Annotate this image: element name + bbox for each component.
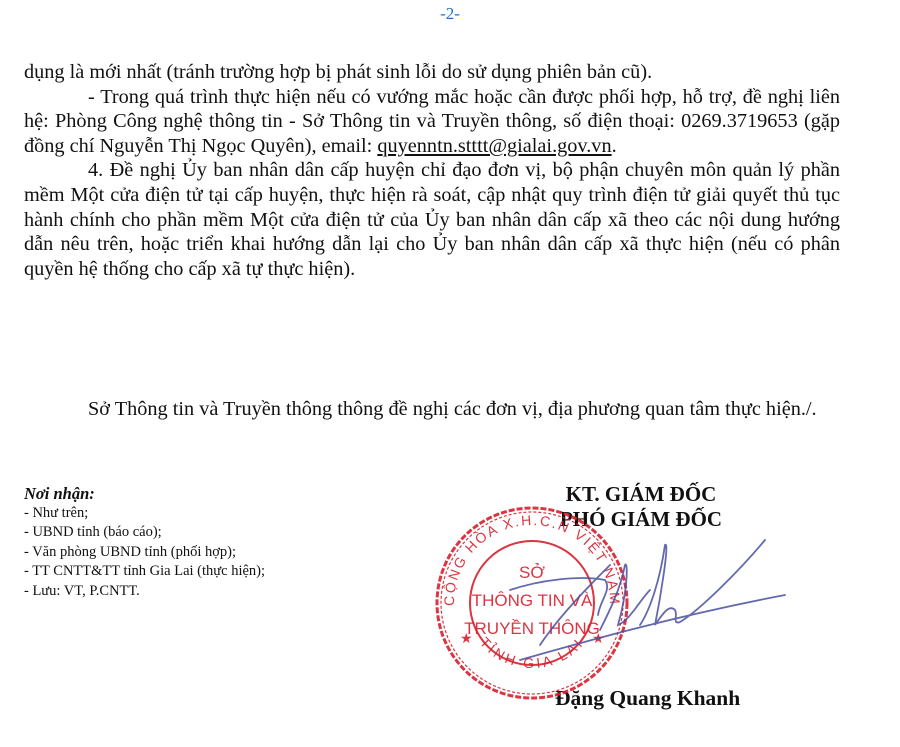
closing-paragraph: Sở Thông tin và Truyền thông thông đề ng… — [24, 397, 840, 422]
email-link[interactable]: quyenntn.stttt@gialai.gov.vn — [377, 135, 611, 157]
recipient-item: - UBND tỉnh (báo cáo); — [24, 523, 265, 542]
handwritten-signature-icon — [500, 520, 790, 670]
recipient-item: - TT CNTT&TT tỉnh Gia Lai (thực hiện); — [24, 562, 265, 581]
recipients-block: Nơi nhận: - Như trên; - UBND tỉnh (báo c… — [24, 484, 265, 601]
body-text: dụng là mới nhất (tránh trường hợp bị ph… — [24, 60, 840, 281]
recipient-item: - Như trên; — [24, 504, 265, 523]
recipient-item: - Văn phòng UBND tỉnh (phối hợp); — [24, 543, 265, 562]
paragraph-item-4: 4. Đề nghị Ủy ban nhân dân cấp huyện chỉ… — [24, 158, 840, 281]
closing-text: Sở Thông tin và Truyền thông thông đề ng… — [24, 397, 840, 422]
paragraph-continuation: dụng là mới nhất (tránh trường hợp bị ph… — [24, 60, 840, 85]
paragraph-contact: - Trong quá trình thực hiện nếu có vướng… — [24, 85, 840, 159]
recipient-item: - Lưu: VT, P.CNTT. — [24, 582, 265, 601]
page-number: -2- — [0, 4, 900, 24]
contact-end: . — [612, 135, 617, 157]
recipients-title: Nơi nhận: — [24, 484, 265, 504]
